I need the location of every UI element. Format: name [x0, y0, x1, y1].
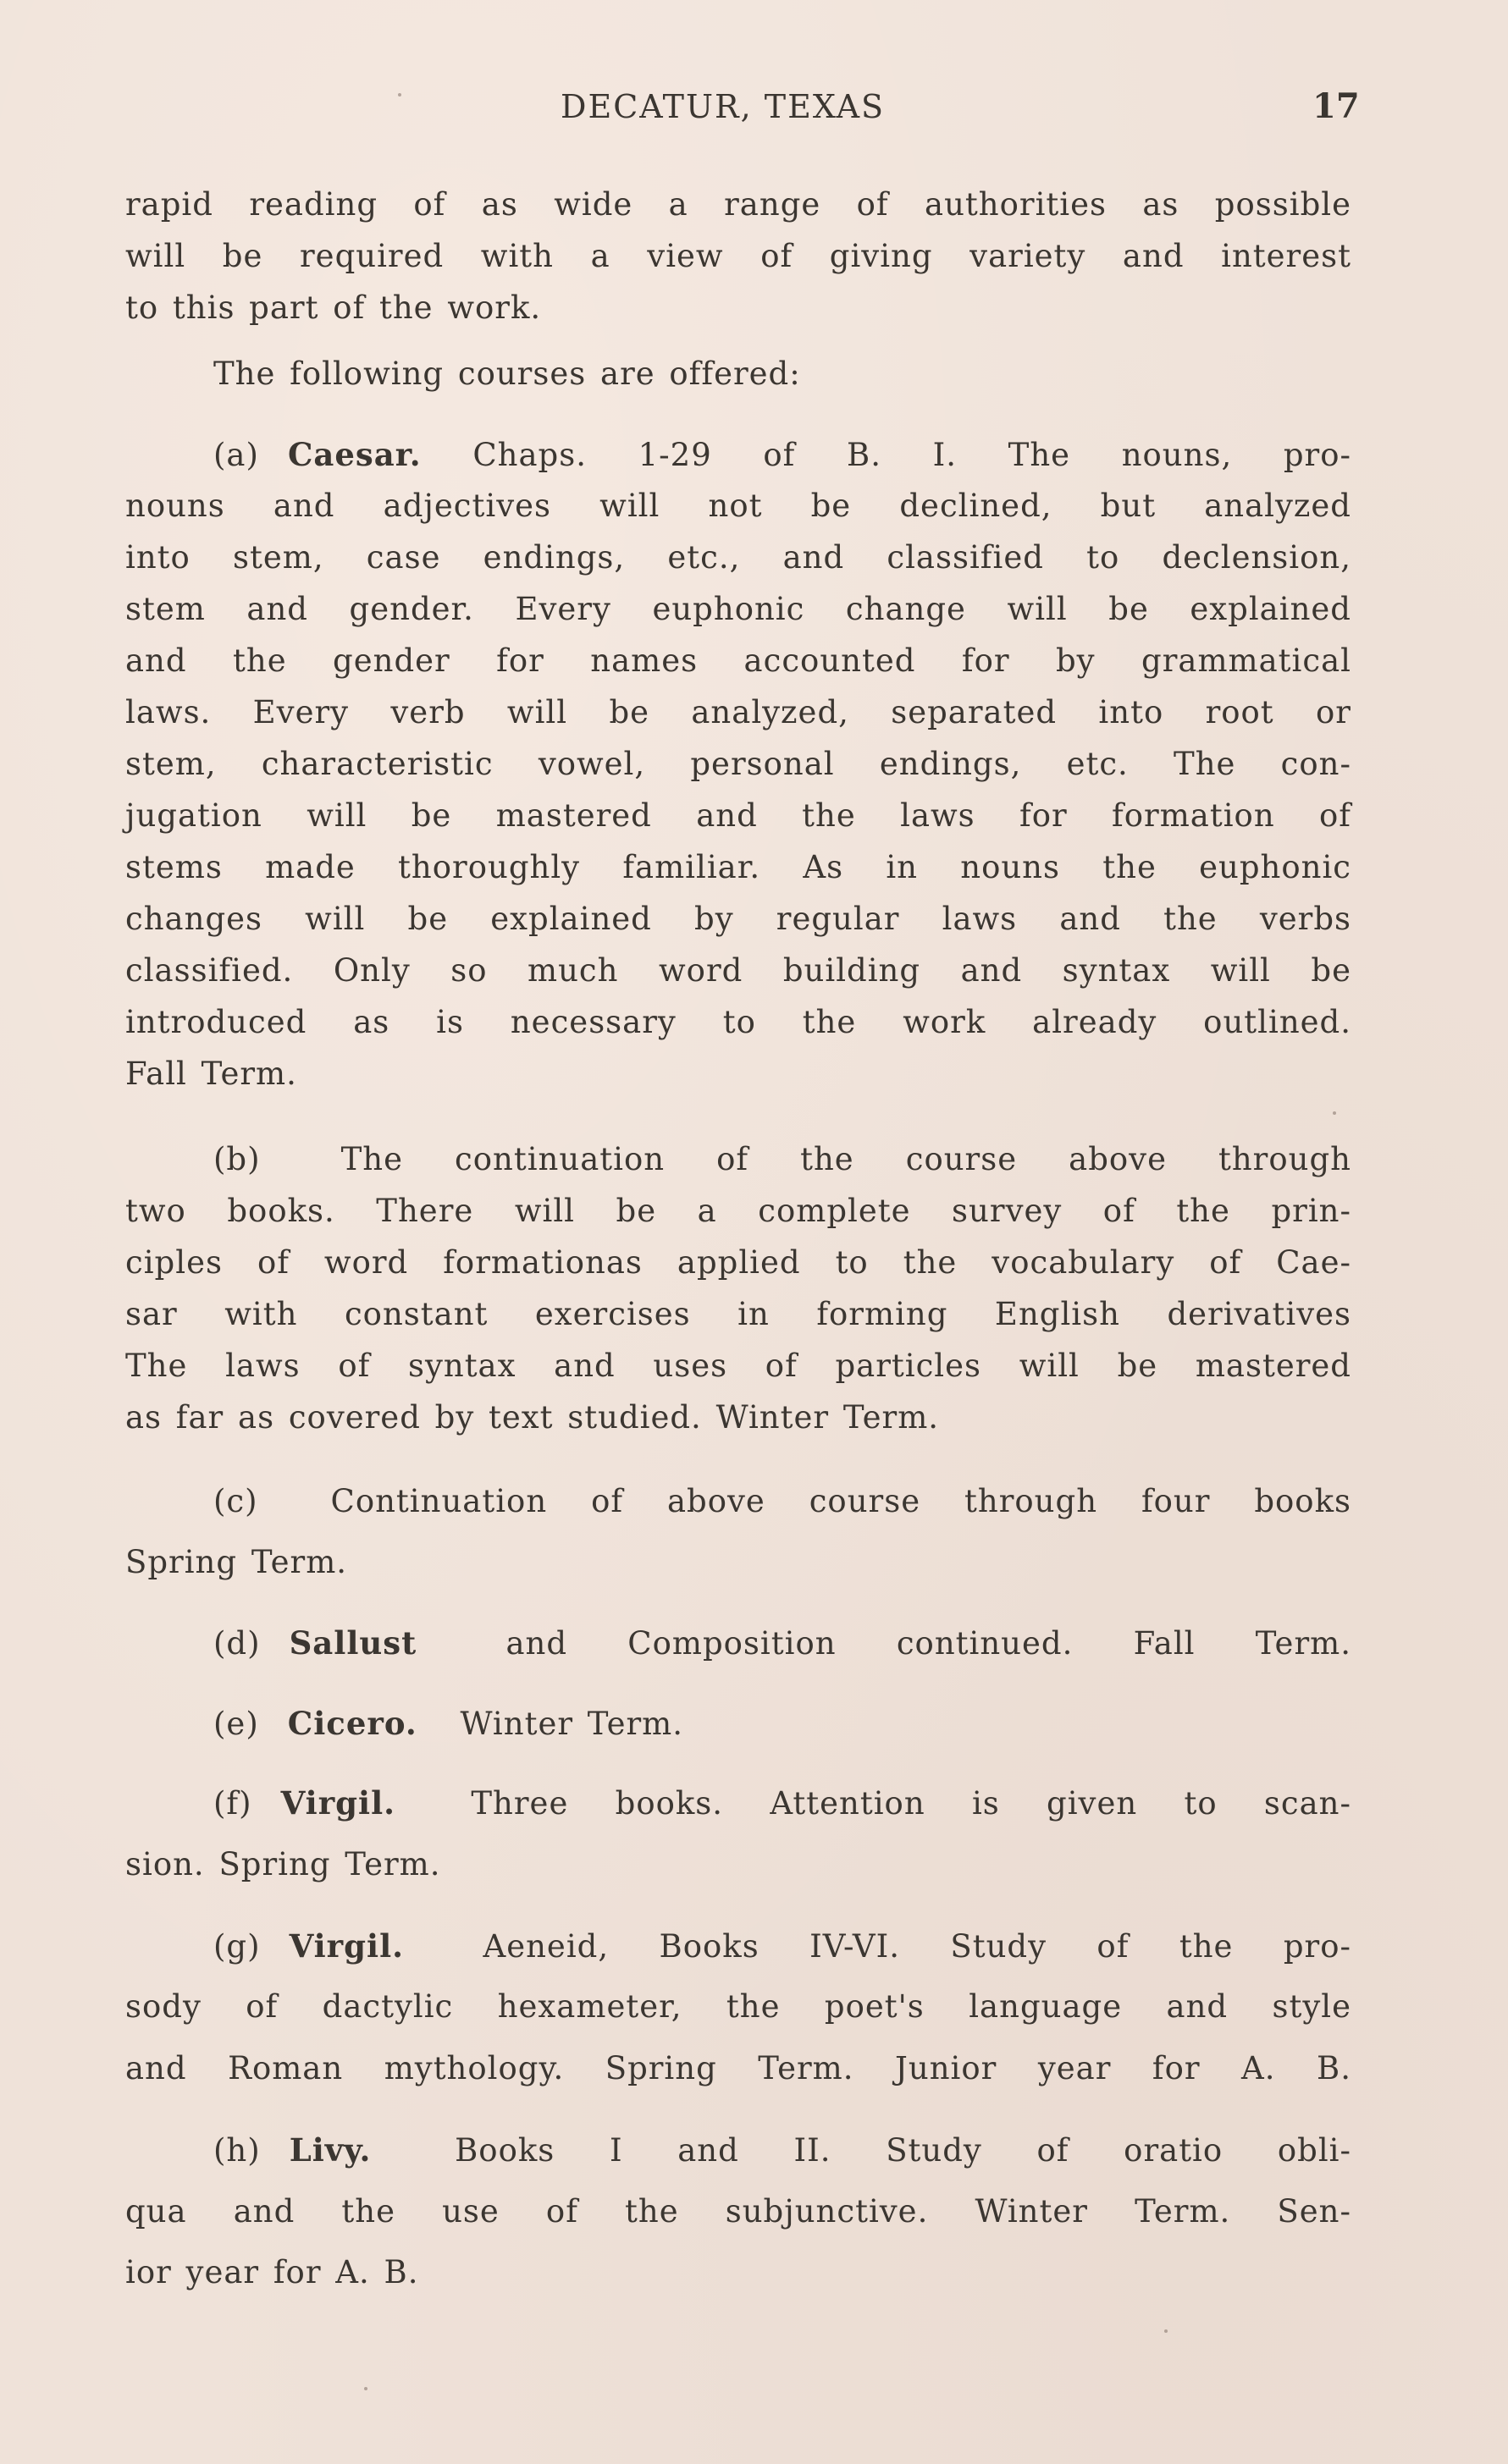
paper-speck [1164, 2329, 1168, 2333]
course-label: (c) [213, 1483, 258, 1519]
text-line: as far as covered by text studied. Winte… [125, 1394, 1351, 1441]
course-author: Caesar. [288, 436, 422, 473]
text-line: ciples of word formationas applied to th… [125, 1239, 1351, 1287]
text-line: rapid reading of as wide a range of auth… [125, 181, 1351, 229]
course-label: (f) [213, 1785, 252, 1822]
course-author: Virgil. [281, 1784, 395, 1822]
text-line: qua and the use of the subjunctive. Wint… [125, 2188, 1351, 2235]
course-author: Livy. [290, 2131, 372, 2169]
paper-speck [398, 93, 401, 96]
text-line: Chaps. 1-29 of B. I. The nouns, pro- [472, 437, 1351, 473]
course-author: Virgil. [290, 1927, 404, 1965]
text-line: The laws of syntax and uses of particles… [125, 1342, 1351, 1390]
text-line: and Composition continued. Fall Term. [505, 1625, 1351, 1662]
page-number: 17 [1312, 86, 1360, 126]
text-line: sar with constant exercises in forming E… [125, 1291, 1351, 1338]
text-line: and Roman mythology. Spring Term. Junior… [125, 2045, 1351, 2092]
paper-speck [364, 2387, 367, 2390]
course-label: (a) [213, 437, 259, 473]
text-line: into stem, case endings, etc., and class… [125, 534, 1351, 582]
text-line: Continuation of above course through fou… [331, 1483, 1351, 1519]
text-line: sion. Spring Term. [125, 1841, 1351, 1888]
text-line: ior year for A. B. [125, 2249, 1351, 2296]
course-label: (b) [213, 1141, 261, 1177]
scanned-page: DECATUR, TEXAS 17 rapid reading of as wi… [0, 0, 1508, 2464]
text-line: nouns and adjectives will not be decline… [125, 482, 1351, 530]
text-line: to this part of the work. [125, 284, 1351, 332]
text-line: Fall Term. [125, 1050, 1351, 1098]
text-line: Spring Term. [125, 1539, 1351, 1586]
course-author: Cicero. [288, 1705, 417, 1742]
text-line: jugation will be mastered and the laws f… [125, 792, 1351, 840]
text-line: laws. Every verb will be analyzed, separ… [125, 689, 1351, 736]
text-line: two books. There will be a complete surv… [125, 1188, 1351, 1235]
course-label: (h) [213, 2132, 261, 2169]
text-line: Three books. Attention is given to scan- [471, 1785, 1351, 1822]
text-line: Books I and II. Study of oratio obli- [455, 2132, 1351, 2169]
text-line: Winter Term. [461, 1706, 684, 1742]
text-line: stem, characteristic vowel, personal end… [125, 741, 1351, 788]
text-line: classified. Only so much word building a… [125, 947, 1351, 995]
text-line: The continuation of the course above thr… [341, 1141, 1351, 1177]
text-line: will be required with a view of giving v… [125, 233, 1351, 280]
course-label: (g) [213, 1928, 261, 1965]
text-line: Aeneid, Books IV-VI. Study of the pro- [483, 1928, 1351, 1965]
text-line: sody of dactylic hexameter, the poet's l… [125, 1983, 1351, 2031]
courses-lead-sentence: The following courses are offered: [213, 350, 1351, 398]
text-line: stem and gender. Every euphonic change w… [125, 586, 1351, 633]
text-line: stems made thoroughly familiar. As in no… [125, 844, 1351, 891]
course-label: (e) [213, 1706, 259, 1742]
text-line: and the gender for names accounted for b… [125, 637, 1351, 685]
course-label: (d) [213, 1625, 261, 1662]
running-head-title: DECATUR, TEXAS [561, 88, 885, 125]
paper-speck [1333, 1111, 1336, 1115]
course-author: Sallust [290, 1624, 417, 1662]
running-head: DECATUR, TEXAS 17 [0, 85, 1508, 135]
text-line: changes will be explained by regular law… [125, 896, 1351, 943]
text-line: introduced as is necessary to the work a… [125, 999, 1351, 1046]
